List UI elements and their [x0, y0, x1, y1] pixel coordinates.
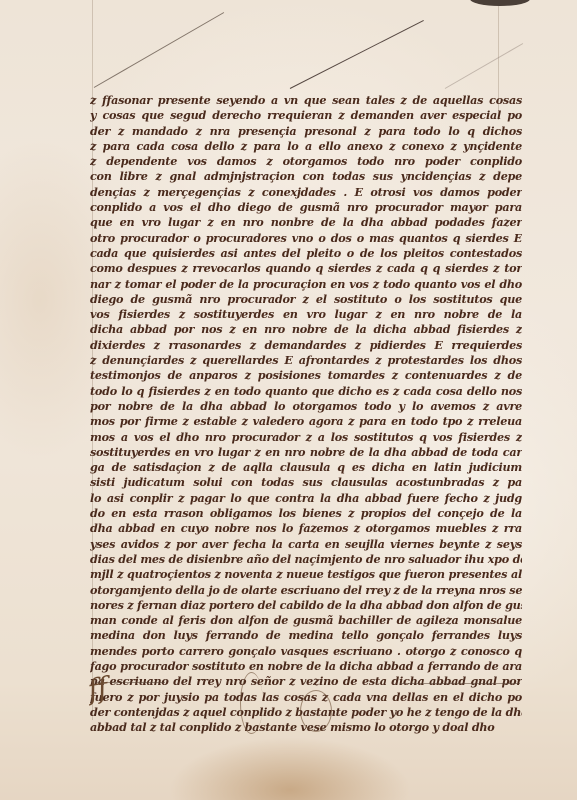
signature-flourish [300, 690, 332, 732]
text-line: con libre z gnal admjnjstraçion con toda… [90, 169, 522, 184]
text-line: como despues z rrevocarlos quando q sier… [90, 261, 522, 276]
text-line: sisti judicatum solui con todas sus clau… [90, 475, 522, 490]
text-line: por nobre de la dha abbad lo otorgamos t… [90, 399, 522, 414]
text-line: mos por firme z estable z valedero agora… [90, 414, 522, 429]
pen-stroke [290, 20, 424, 89]
text-line: dha abbad en cuyo nobre nos lo fazemos z… [90, 521, 522, 536]
text-line: mendes porto carrero gonçalo vasques esc… [90, 644, 522, 659]
text-line: otro procurador o procuradores vno o dos… [90, 231, 522, 246]
text-line: z denunçiardes z querellardes E afrontar… [90, 353, 522, 368]
manuscript-text: z ffasonar presente seyendo a vn que sea… [90, 93, 522, 735]
text-line: que en vro lugar z en nro nonbre de la d… [90, 215, 522, 230]
text-line: dias del mes de disienbre año del naçimj… [90, 552, 522, 567]
text-line: dixierdes z rrasonardes z demandardes z … [90, 338, 522, 353]
text-line: mos a vos el dho nro procurador z a los … [90, 430, 522, 445]
text-line: ga de satisdaçion z de aqlla clausula q … [90, 460, 522, 475]
text-line: otorgamjento della jo de olarte escriuan… [90, 583, 522, 598]
text-line: man conde al feris don alfon de gusmã ba… [90, 613, 522, 628]
text-line: yses avidos z por aver fecha la carta en… [90, 537, 522, 552]
text-line: medina don luys ferrando de medina tello… [90, 628, 522, 643]
manuscript-page: z ffasonar presente seyendo a vn que sea… [0, 0, 577, 800]
text-line: dicha abbad por nos z en nro nobre de la… [90, 322, 522, 337]
text-line: diego de gusmã nro procurador z el sosti… [90, 292, 522, 307]
text-line: z dependente vos damos z otorgamos todo … [90, 154, 522, 169]
text-line: mjll z quatroçientos z noventa z nueue t… [90, 567, 522, 582]
signature-underline [400, 683, 520, 684]
text-line: z para cada cosa dello z para lo a ello … [90, 139, 522, 154]
text-line: fago procurador sostituto en nobre de la… [90, 659, 522, 674]
text-line: z ffasonar presente seyendo a vn que sea… [90, 93, 522, 108]
pen-stroke [445, 43, 523, 89]
text-line: sostituyerdes en vro lugar z en nro nobr… [90, 445, 522, 460]
text-line: testimonjos de anparos z posisiones toma… [90, 368, 522, 383]
text-line: der z mandado z nra presençia presonal z… [90, 124, 522, 139]
text-line: vos fisierdes z sostituyerdes en vro lug… [90, 307, 522, 322]
text-line: cada que quisierdes asi antes del pleito… [90, 246, 522, 261]
signature-flourish [240, 672, 263, 734]
text-line: nar z tomar el poder de la procuraçion e… [90, 277, 522, 292]
text-line: lo asi conplir z pagar lo que contra la … [90, 491, 522, 506]
text-line: conplido a vos el dho diego de gusmã nro… [90, 200, 522, 215]
text-line: todo lo q fisierdes z en todo quanto que… [90, 384, 522, 399]
text-line: do en esta rrason obligamos los bienes z… [90, 506, 522, 521]
text-line: y cosas que segud derecho rrequieran z d… [90, 108, 522, 123]
text-line: dençias z merçegençias z conexjdades . E… [90, 185, 522, 200]
text-line: nores z fernan diaz portero del cabildo … [90, 598, 522, 613]
pen-stroke [94, 12, 224, 88]
ink-blot [470, 0, 530, 6]
